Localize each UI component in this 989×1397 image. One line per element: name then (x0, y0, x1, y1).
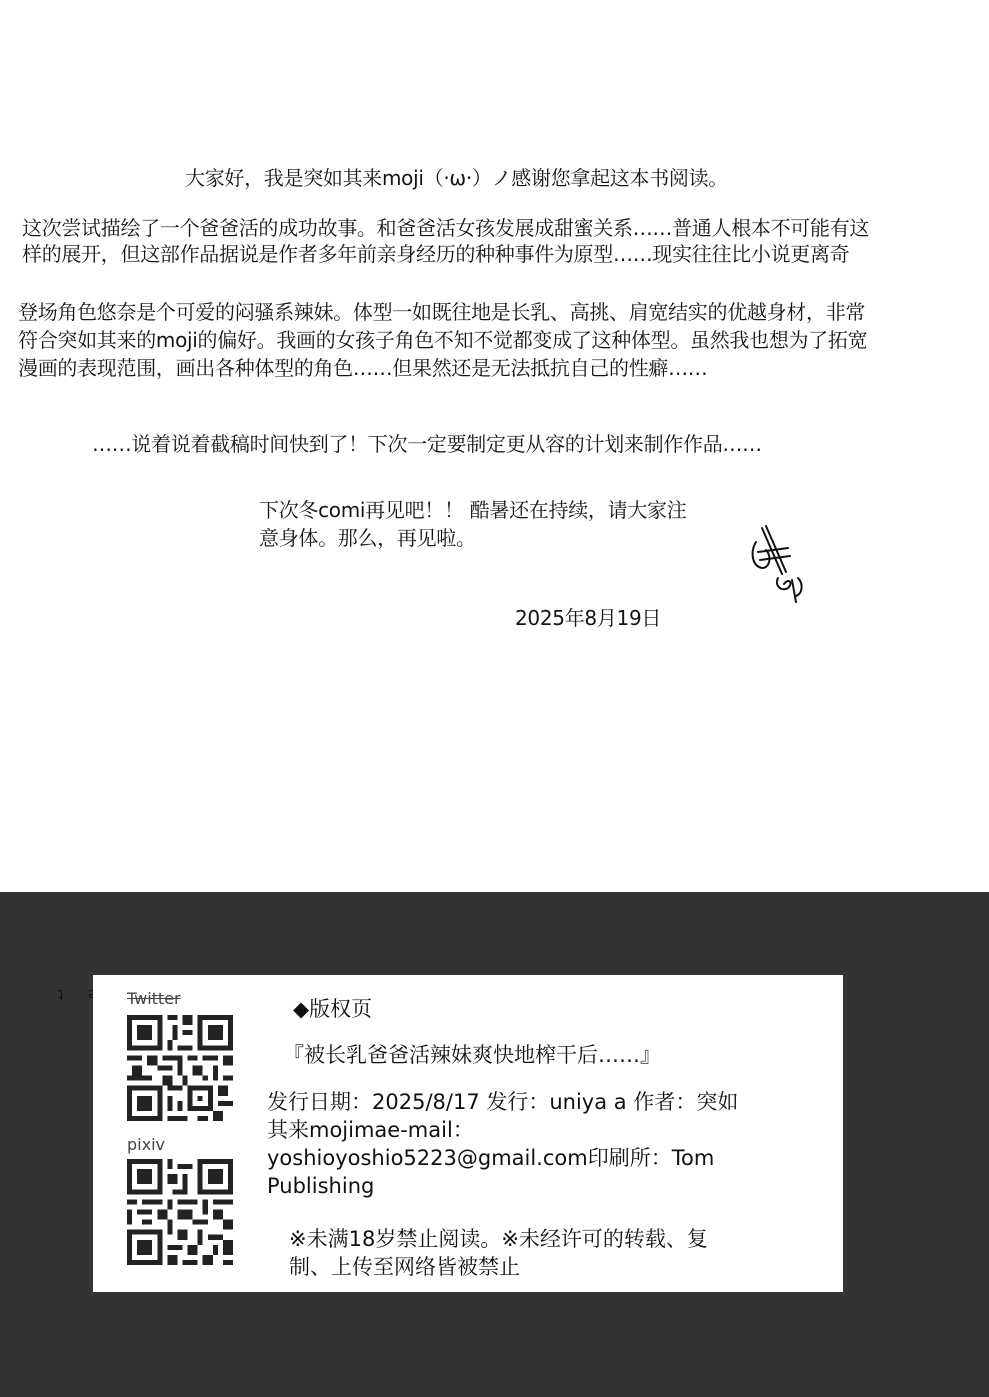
paragraph-1-line-2: 样的展开，但这部作品据说是作者多年前亲身经历的种种事件为原型……现实往往比小说更… (22, 240, 849, 268)
paragraph-1-line-1: 这次尝试描绘了一个爸爸活的成功故事。和爸爸活女孩发展成甜蜜关系……普通人根本不可… (22, 214, 869, 242)
colophon-details-line-2: 其来mojimae-mail： (267, 1116, 474, 1144)
paragraph-2-line-2: 符合突如其来的moji的偏好。我画的女孩子角色不知不觉都变成了这种体型。虽然我也… (18, 326, 867, 354)
paragraph-2-line-3: 漫画的表现范围，画出各种体型的角色……但果然还是无法抵抗自己的性癖…… (18, 354, 708, 382)
colophon-details-line-4: Publishing (267, 1172, 374, 1200)
closing-line-2: 意身体。那么，再见啦。 (259, 524, 476, 552)
handwritten-signature-icon (748, 522, 812, 610)
closing-line-1: 下次冬comi再见吧！！ 酷暑还在持续，请大家注 (259, 496, 686, 524)
colophon-details-line-3: yoshioyoshio5223@gmail.com印刷所：Tom (267, 1144, 714, 1172)
book-title: 『被长乳爸爸活辣妹爽快地榨干后……』 (283, 1041, 661, 1069)
colophon-card: Twitter pixiv (93, 975, 843, 1292)
notice-line-1: ※未满18岁禁止阅读。※未经许可的转载、复 (289, 1225, 708, 1253)
twitter-qr-code-icon[interactable] (127, 1015, 233, 1121)
paragraph-2-line-1: 登场角色悠奈是个可爱的闷骚系辣妹。体型一如既往地是长乳、高挑、肩宽结实的优越身材… (18, 298, 865, 326)
pixiv-qr-label: pixiv (127, 1135, 165, 1154)
colophon-details-line-1: 发行日期：2025/8/17 发行：uniya a 作者：突如 (267, 1088, 738, 1116)
notice-line-2: 制、上传至网络皆被禁止 (289, 1253, 520, 1281)
greeting-line: 大家好，我是突如其来moji（·ω·）ノ感谢您拿起这本书阅读。 (185, 164, 728, 192)
afterword-page: 大家好，我是突如其来moji（·ω·）ノ感谢您拿起这本书阅读。 这次尝试描绘了一… (0, 0, 989, 892)
pixiv-qr-code-icon[interactable] (127, 1159, 233, 1265)
twitter-qr-label: Twitter (127, 989, 181, 1008)
paragraph-3: ……说着说着截稿时间快到了！下次一定要制定更从容的计划来制作作品…… (92, 430, 762, 458)
colophon-heading: ◆版权页 (293, 995, 372, 1023)
date-line: 2025年8月19日 (515, 604, 661, 632)
